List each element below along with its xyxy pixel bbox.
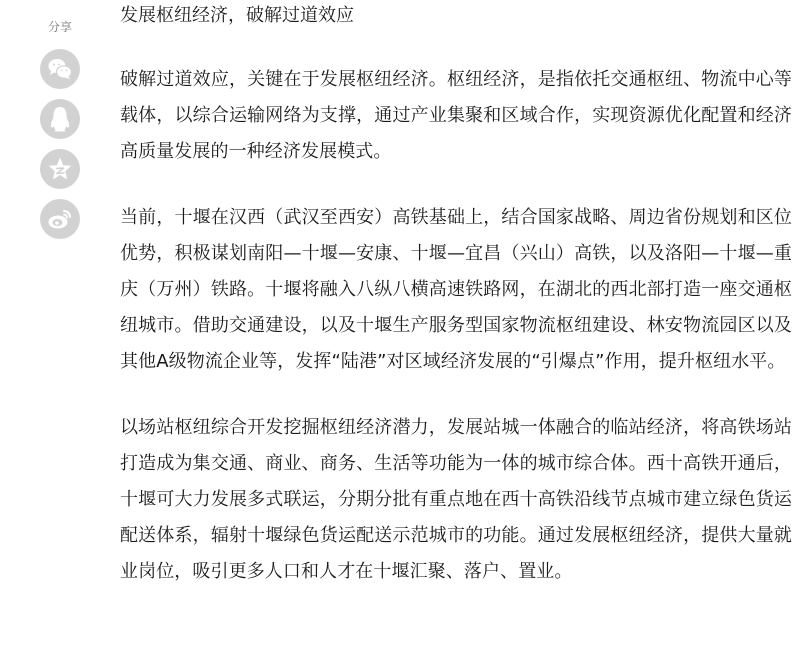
qq-penguin-icon: [49, 106, 71, 132]
share-sidebar: 分享: [40, 18, 80, 249]
article-paragraph: 当前，十堰在汉西（武汉至西安）高铁基础上，结合国家战略、周边省份规划和区位优势，…: [120, 200, 792, 380]
article-paragraph: 以场站枢纽综合开发挖掘枢纽经济潜力，发展站城一体融合的临站经济，将高铁场站打造成…: [120, 410, 792, 590]
weibo-icon: [47, 207, 73, 231]
article-paragraph: 破解过道效应，关键在于发展枢纽经济。枢纽经济，是指依托交通枢纽、物流中心等载体，…: [120, 62, 792, 170]
qzone-star-icon: [47, 156, 73, 182]
share-qzone-button[interactable]: [40, 149, 80, 189]
share-weibo-button[interactable]: [40, 199, 80, 239]
share-qq-button[interactable]: [40, 99, 80, 139]
article-body: 发展枢纽经济，破解过道效应 破解过道效应，关键在于发展枢纽经济。枢纽经济，是指依…: [120, 0, 792, 590]
article-title: 发展枢纽经济，破解过道效应: [120, 0, 792, 32]
wechat-icon: [47, 57, 73, 81]
share-label: 分享: [48, 18, 72, 36]
share-wechat-button[interactable]: [40, 49, 80, 89]
